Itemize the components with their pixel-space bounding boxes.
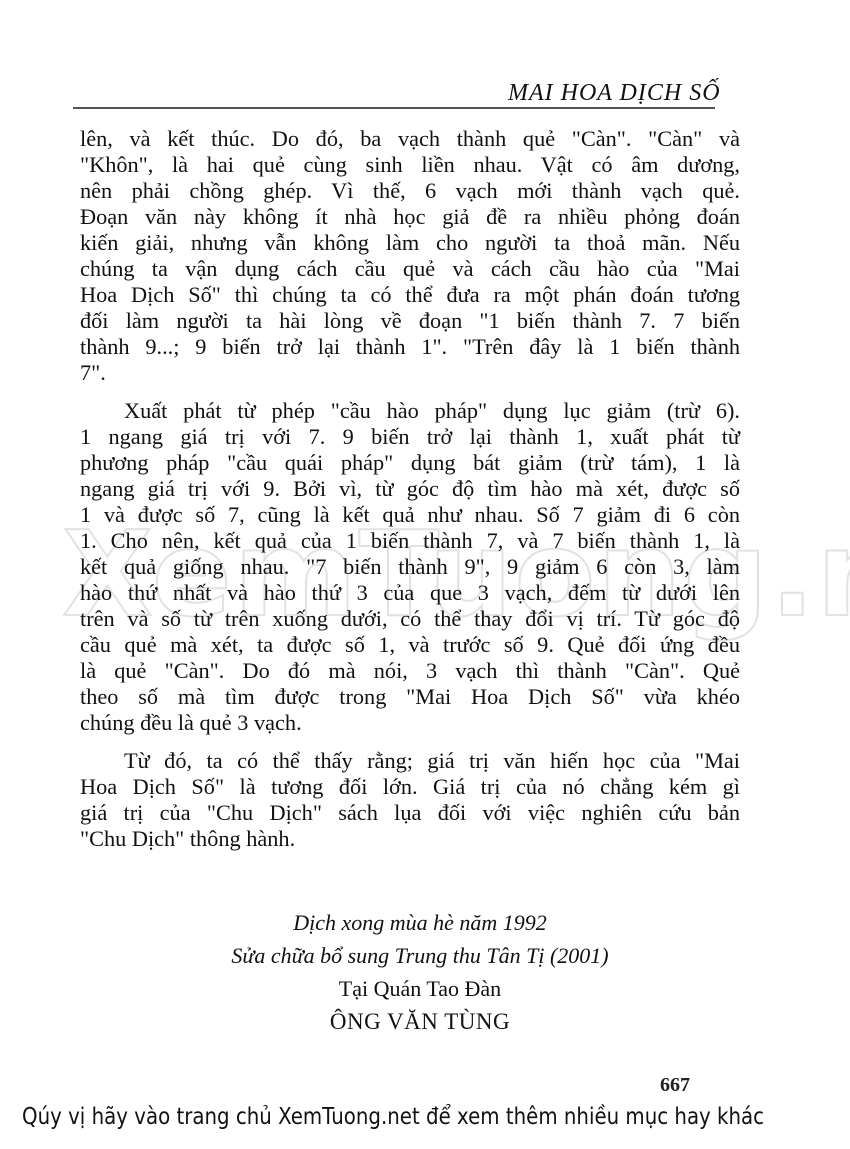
signature-place: Tại Quán Tao Đàn: [180, 972, 660, 1005]
footer-banner: Qúy vị hãy vào trang chủ XemTuong.net để…: [22, 1104, 764, 1130]
text-line: Từ đó, ta có thể thấy rằng; giá trị văn …: [80, 748, 740, 774]
text-line: cầu quẻ mà xét, ta được số 1, và trước s…: [80, 632, 740, 658]
text-line: phương pháp "cầu quái pháp" dụng bát giả…: [80, 450, 740, 476]
text-line: hào thứ nhất và hào thứ 3 của que 3 vạch…: [80, 580, 740, 606]
text-line: đối làm người ta hài lòng về đoạn "1 biế…: [80, 308, 740, 334]
text-line: là quẻ "Càn". Do đó mà nói, 3 vạch thì t…: [80, 658, 740, 684]
paragraph-gap: [80, 736, 740, 748]
paragraph-3: Từ đó, ta có thể thấy rằng; giá trị văn …: [80, 748, 740, 852]
paragraph-2: Xuất phát từ phép "cầu hào pháp" dụng lụ…: [80, 398, 740, 736]
header-divider: [73, 107, 715, 109]
text-line: Đoạn văn này không ít nhà học giả đề ra …: [80, 204, 740, 230]
paragraph-gap: [80, 386, 740, 398]
text-line: 1. Cho nên, kết quả của 1 biến thành 7, …: [80, 528, 740, 554]
translation-date: Dịch xong mùa hè năm 1992: [180, 906, 660, 939]
text-line: trên và số từ trên xuống dưới, có thể th…: [80, 606, 740, 632]
text-line: ngang giá trị với 9. Bởi vì, từ góc độ t…: [80, 476, 740, 502]
text-line: Hoa Dịch Số" thì chúng ta có thể đưa ra …: [80, 282, 740, 308]
author-name: ÔNG VĂN TÙNG: [180, 1005, 660, 1038]
text-line: theo số mà tìm được trong "Mai Hoa Dịch …: [80, 684, 740, 710]
xemtuong-link[interactable]: XemTuong.net: [278, 1104, 420, 1130]
text-line: chúng đều là quẻ 3 vạch.: [80, 710, 740, 736]
text-line: 7".: [80, 360, 740, 386]
text-line: thành 9...; 9 biến trở lại thành 1". "Tr…: [80, 334, 740, 360]
text-line: "Chu Dịch" thông hành.: [80, 826, 740, 852]
revision-date: Sửa chữa bổ sung Trung thu Tân Tị (2001): [180, 939, 660, 972]
page-number: 667: [660, 1074, 690, 1097]
signature-block: Dịch xong mùa hè năm 1992 Sửa chữa bổ su…: [180, 906, 660, 1038]
text-line: kiến giải, nhưng vẫn không làm cho người…: [80, 230, 740, 256]
text-line: lên, và kết thúc. Do đó, ba vạch thành q…: [80, 126, 740, 152]
text-line: 1 ngang giá trị với 7. 9 biến trở lại th…: [80, 424, 740, 450]
text-line: Hoa Dịch Số" là tương đối lớn. Giá trị c…: [80, 774, 740, 800]
text-line: nên phải chồng ghép. Vì thế, 6 vạch mới …: [80, 178, 740, 204]
text-line: kết quả giống nhau. "7 biến thành 9", 9 …: [80, 554, 740, 580]
page-body: lên, và kết thúc. Do đó, ba vạch thành q…: [80, 126, 740, 852]
text-line: "Khôn", là hai quẻ cùng sinh liền nhau. …: [80, 152, 740, 178]
footer-banner-suffix: để xem thêm nhiều mục hay khác: [420, 1104, 764, 1130]
text-line: giá trị của "Chu Dịch" sách lụa đối với …: [80, 800, 740, 826]
footer-banner-prefix: Qúy vị hãy vào trang chủ: [22, 1104, 278, 1130]
text-line: chúng ta vận dụng cách cầu quẻ và cách c…: [80, 256, 740, 282]
text-line: 1 và được số 7, cũng là kết quả như nhau…: [80, 502, 740, 528]
paragraph-1: lên, và kết thúc. Do đó, ba vạch thành q…: [80, 126, 740, 386]
text-line: Xuất phát từ phép "cầu hào pháp" dụng lụ…: [80, 398, 740, 424]
running-header-title: MAI HOA DỊCH SỐ: [508, 80, 728, 107]
